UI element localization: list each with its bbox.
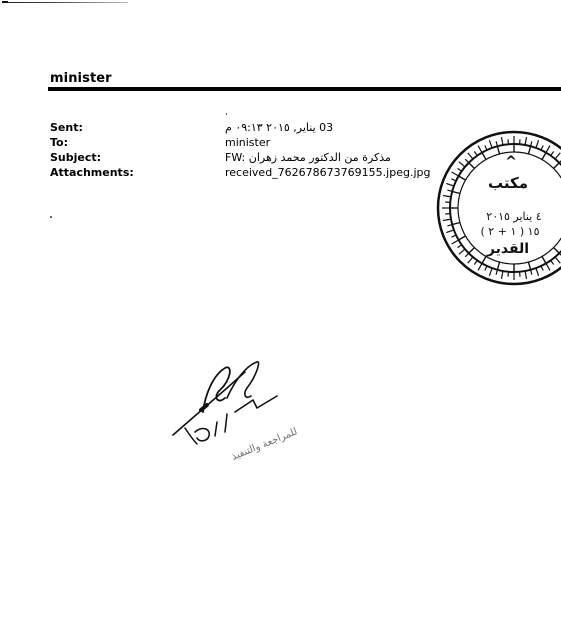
field-label-to: To: [50, 135, 68, 150]
mailbox-owner-name: minister [50, 71, 112, 86]
scan-artifact [50, 216, 52, 218]
svg-text:^: ^ [505, 154, 517, 170]
field-label-sent: Sent: [50, 120, 83, 135]
top-rule [2, 2, 128, 3]
field-value-to: minister [225, 135, 270, 150]
scan-artifact [226, 113, 227, 115]
stamp-date: ٤ يناير ٢٠١٥ [486, 210, 542, 223]
stamp-title: مكتب [488, 174, 528, 192]
field-label-subject: Subject: [50, 150, 101, 165]
office-stamp-icon: ^ مكتب ٤ يناير ٢٠١٥ ( ١ + ٢ ) ١٥ القدير [436, 128, 561, 288]
field-value-attachments[interactable]: received_762678673769155.jpeg.jpg [225, 165, 430, 180]
header-divider [48, 87, 561, 91]
field-label-attachments: Attachments: [50, 165, 134, 180]
field-value-sent: 03 يناير, ٢٠١٥ ٠٩:١٣ م [225, 120, 333, 135]
stamp-ref: ( ١ + ٢ ) ١٥ [481, 225, 540, 238]
stamp-footer: القدير [486, 241, 529, 257]
handwritten-signature-icon: للمراجعة والتنفيذ [165, 350, 315, 490]
signature-note: للمراجعة والتنفيذ [230, 426, 299, 462]
field-value-subject: FW: مذكرة من الدكتور محمد زهران [225, 150, 391, 165]
